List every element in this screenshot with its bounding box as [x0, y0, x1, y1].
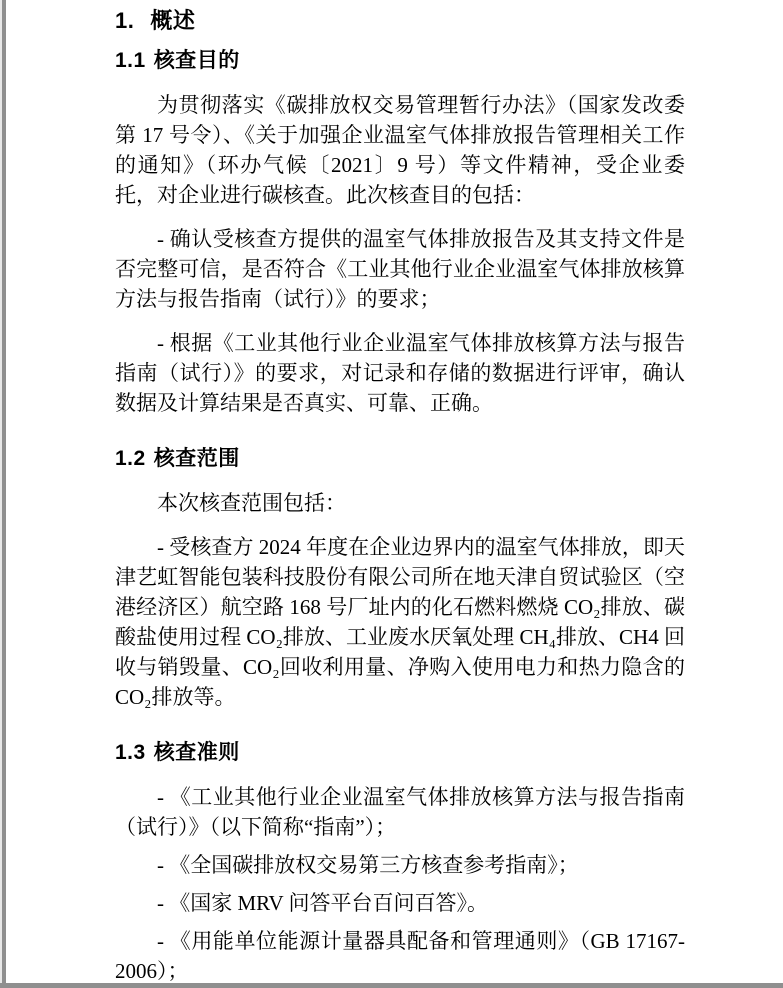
paragraph-criteria-item-3: - 《国家 MRV 问答平台百问百答》。	[115, 888, 685, 918]
heading-number: 1.	[115, 8, 134, 33]
paragraph-criteria-item-1: - 《工业其他行业企业温室气体排放核算方法与报告指南（试行）》（以下简称“指南”…	[115, 782, 685, 842]
heading-title: 概述	[150, 8, 195, 33]
heading-number: 1.2	[115, 447, 146, 470]
paragraph-purpose-item-2: - 根据《工业其他行业企业温室气体排放核算方法与报告指南（试行）》的要求，对记录…	[115, 328, 685, 418]
page-number: 1	[115, 926, 685, 942]
section-heading-verification-criteria: 1.3核查准则	[115, 738, 685, 768]
page-left-edge	[2, 0, 6, 988]
heading-number: 1.3	[115, 741, 146, 764]
heading-title: 核查目的	[154, 49, 240, 72]
paragraph-scope-intro: 本次核查范围包括：	[115, 488, 685, 518]
paragraph-purpose-item-1: - 确认受核查方提供的温室气体排放报告及其支持文件是否完整可信，是否符合《工业其…	[115, 224, 685, 314]
document-page: { "doc": { "h1": { "number": "1.", "titl…	[0, 0, 783, 988]
heading-title: 核查范围	[154, 447, 240, 470]
document-content: 1.概述 1.1核查目的 为贯彻落实《碳排放权交易管理暂行办法》（国家发改委第 …	[115, 0, 685, 986]
paragraph-scope-item-1: - 受核查方 2024 年度在企业边界内的温室气体排放，即天津艺虹智能包装科技股…	[115, 532, 685, 712]
paragraph-purpose-intro: 为贯彻落实《碳排放权交易管理暂行办法》（国家发改委第 17 号令）、《关于加强企…	[115, 90, 685, 210]
heading-number: 1.1	[115, 49, 146, 72]
section-heading-verification-purpose: 1.1核查目的	[115, 46, 685, 76]
heading-title: 核查准则	[154, 741, 240, 764]
section-heading-verification-scope: 1.2核查范围	[115, 444, 685, 474]
section-heading-overview: 1.概述	[115, 6, 685, 36]
paragraph-criteria-item-2: - 《全国碳排放权交易第三方核查参考指南》；	[115, 850, 685, 880]
